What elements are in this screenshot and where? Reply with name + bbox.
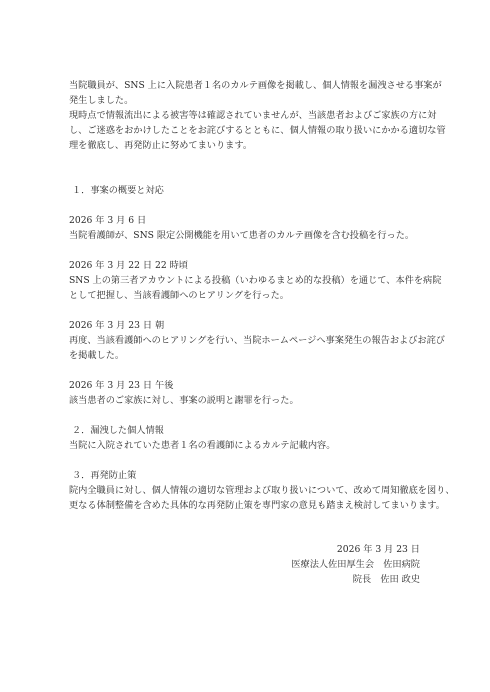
intro-line: 理を徹底し、再発防止に努めてまいります。 bbox=[69, 138, 439, 153]
intro-line: 発生しました。 bbox=[69, 93, 439, 108]
section-heading: １．事案の概要と対応 bbox=[69, 183, 439, 198]
timeline-event: 2026 年 3 月 23 日 午後 該当患者のご家族に対し、事案の説明と謝罪を… bbox=[69, 378, 439, 408]
signature-date: 2026 年 3 月 23 日 bbox=[291, 542, 420, 557]
signature-block: 2026 年 3 月 23 日 医療法人佐田厚生会 佐田病院 院長 佐田 政史 bbox=[291, 542, 420, 587]
section-heading: ２．漏洩した個人情報 bbox=[69, 423, 439, 438]
event-date: 2026 年 3 月 23 日 午後 bbox=[69, 378, 439, 393]
intro-line: し、ご迷惑をおかけしたことをお詫びするとともに、個人情報の取り扱いにかかる適切な… bbox=[69, 123, 439, 138]
event-date: 2026 年 3 月 6 日 bbox=[69, 213, 439, 228]
section-text: 当院に入院されていた患者１名の看護師によるカルテ記載内容。 bbox=[69, 438, 439, 453]
event-text: として把握し、当該看護師へのヒアリングを行った。 bbox=[69, 288, 439, 303]
document-page: 当院職員が、SNS 上に入院患者１名のカルテ画像を掲載し、個人情報を漏洩させる事… bbox=[0, 0, 490, 692]
event-text: を掲載した。 bbox=[69, 348, 439, 363]
intro-line: 当院職員が、SNS 上に入院患者１名のカルテ画像を掲載し、個人情報を漏洩させる事… bbox=[69, 78, 439, 93]
timeline-event: 2026 年 3 月 6 日 当院看護師が、SNS 限定公開機能を用いて患者のカ… bbox=[69, 213, 439, 243]
event-text: 該当患者のご家族に対し、事案の説明と謝罪を行った。 bbox=[69, 393, 439, 408]
event-date: 2026 年 3 月 22 日 22 時頃 bbox=[69, 258, 439, 273]
signature-organization: 医療法人佐田厚生会 佐田病院 bbox=[291, 557, 420, 572]
timeline-event: 2026 年 3 月 23 日 朝 再度、当該看護師へのヒアリングを行い、当院ホ… bbox=[69, 318, 439, 363]
event-date: 2026 年 3 月 23 日 朝 bbox=[69, 318, 439, 333]
event-text: 再度、当該看護師へのヒアリングを行い、当院ホームページへ事案発生の報告およびお詫… bbox=[69, 333, 439, 348]
section-text: 院内全職員に対し、個人情報の適切な管理および取り扱いについて、改めて周知徹底を図… bbox=[69, 483, 439, 498]
intro-line: 現時点で情報流出による被害等は確認されていませんが、当該患者およびご家族の方に対 bbox=[69, 108, 439, 123]
section-text: 更なる体制整備を含めた具体的な再発防止策を専門家の意見も踏まえ検討してまいります… bbox=[69, 498, 439, 513]
section-heading: ３．再発防止策 bbox=[69, 468, 439, 483]
event-text: SNS 上の第三者アカウントによる投稿（いわゆるまとめ的な投稿）を通じて、本件を… bbox=[69, 273, 439, 288]
section-3: ３．再発防止策 院内全職員に対し、個人情報の適切な管理および取り扱いについて、改… bbox=[69, 468, 439, 513]
timeline-event: 2026 年 3 月 22 日 22 時頃 SNS 上の第三者アカウントによる投… bbox=[69, 258, 439, 303]
signature-director: 院長 佐田 政史 bbox=[291, 572, 420, 587]
event-text: 当院看護師が、SNS 限定公開機能を用いて患者のカルテ画像を含む投稿を行った。 bbox=[69, 228, 439, 243]
section-2: ２．漏洩した個人情報 当院に入院されていた患者１名の看護師によるカルテ記載内容。 bbox=[69, 423, 439, 453]
intro-paragraph: 当院職員が、SNS 上に入院患者１名のカルテ画像を掲載し、個人情報を漏洩させる事… bbox=[69, 78, 439, 153]
section-1: １．事案の概要と対応 bbox=[69, 183, 439, 198]
